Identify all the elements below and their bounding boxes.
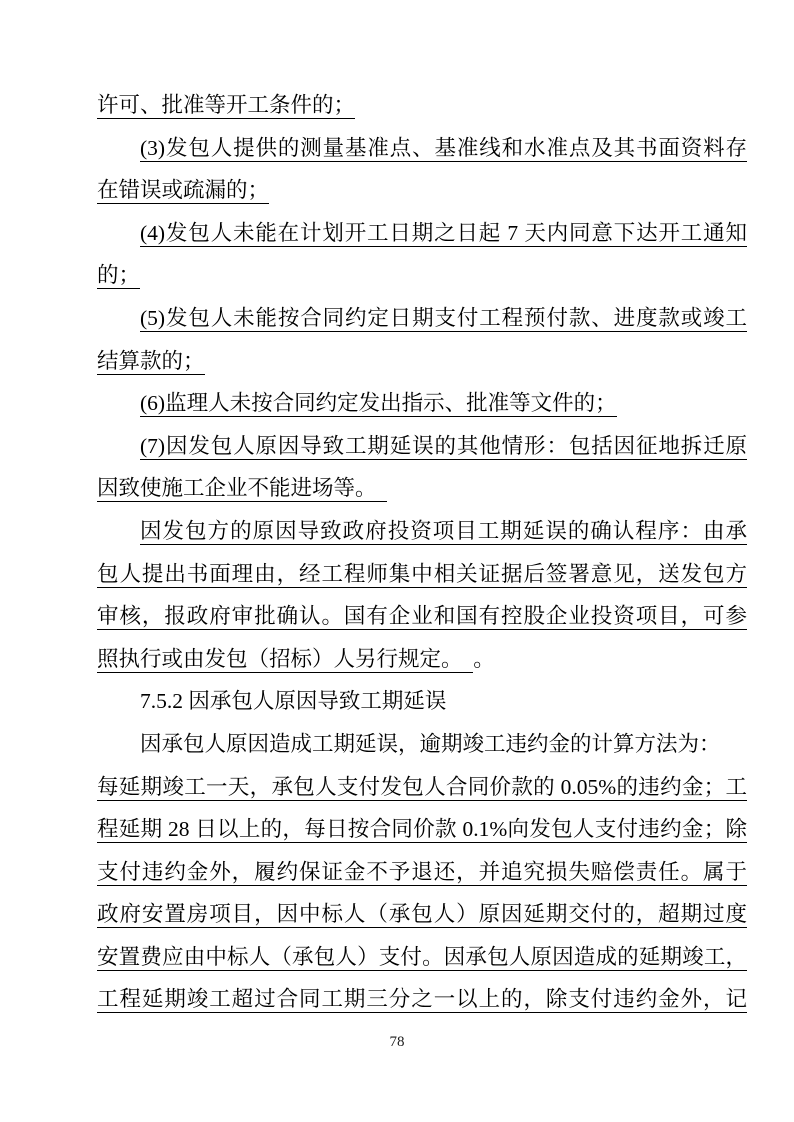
text-segment: 因致使施工企业不能进场等。	[97, 476, 387, 502]
text-line: (4)发包人未能在计划开工日期之日起 7 天内同意下达开工通知	[97, 212, 747, 255]
text-segment: (5)发包人未能按合同约定日期支付工程预付款、进度款或竣工	[140, 306, 747, 332]
text-line: 结算款的；	[97, 340, 747, 383]
text-segment: (4)发包人未能在计划开工日期之日起 7 天内同意下达开工通知	[140, 221, 747, 247]
text-segment: 安置费应由中标人（承包人）支付。因承包人原因造成的延期竣工，	[97, 945, 747, 971]
section-heading: 7.5.2 因承包人原因导致工期延误	[97, 680, 747, 723]
text-segment: 在错误或疏漏的；	[97, 178, 269, 204]
text-segment: 7.5.2 因承包人原因导致工期延误	[140, 689, 446, 713]
text-segment: 结算款的；	[97, 349, 205, 375]
text-segment: (3)发包人提供的测量基准点、基准线和水准点及其书面资料存	[140, 136, 747, 162]
text-segment: 因发包方的原因导致政府投资项目工期延误的确认程序：由承	[140, 519, 747, 545]
text-segment: 的；	[97, 263, 140, 289]
text-line: 支付违约金外，履约保证金不予退还，并追究损失赔偿责任。属于	[97, 851, 747, 894]
text-line: 因承包人原因造成工期延误，逾期竣工违约金的计算方法为：	[97, 723, 747, 766]
text-line: 工程延期竣工超过合同工期三分之一以上的，除支付违约金外，记	[97, 978, 747, 1021]
text-line: 审核，报政府审批确认。国有企业和国有控股企业投资项目，可参	[97, 595, 747, 638]
text-segment: 。	[473, 647, 495, 671]
text-line: 许可、批准等开工条件的；	[97, 84, 747, 127]
text-segment: 许可、批准等开工条件的；	[97, 93, 355, 119]
text-line: (3)发包人提供的测量基准点、基准线和水准点及其书面资料存	[97, 127, 747, 170]
document-page: 许可、批准等开工条件的；(3)发包人提供的测量基准点、基准线和水准点及其书面资料…	[0, 0, 794, 1122]
text-segment: 工程延期竣工超过合同工期三分之一以上的，除支付违约金外，记	[97, 987, 747, 1013]
text-line: 程延期 28 日以上的，每日按合同价款 0.1%向发包人支付违约金；除	[97, 808, 747, 851]
text-segment: (7)因发包人原因导致工期延误的其他情形：包括因征地拆迁原	[140, 434, 747, 460]
text-segment: 包人提出书面理由，经工程师集中相关证据后签署意见，送发包方	[97, 562, 747, 588]
text-segment: (6)监理人未按合同约定发出指示、批准等文件的；	[140, 391, 617, 417]
text-line: 每延期竣工一天，承包人支付发包人合同价款的 0.05%的违约金；工	[97, 766, 747, 809]
text-segment: 政府安置房项目，因中标人（承包人）原因延期交付的，超期过度	[97, 902, 747, 928]
text-line: 的；	[97, 254, 747, 297]
text-line: (7)因发包人原因导致工期延误的其他情形：包括因征地拆迁原	[97, 425, 747, 468]
text-line: 政府安置房项目，因中标人（承包人）原因延期交付的，超期过度	[97, 893, 747, 936]
text-segment: 每延期竣工一天，承包人支付发包人合同价款的 0.05%的违约金；工	[97, 775, 747, 801]
text-line: 包人提出书面理由，经工程师集中相关证据后签署意见，送发包方	[97, 553, 747, 596]
page-number: 78	[0, 1031, 794, 1053]
text-segment: 因承包人原因造成工期延误，逾期竣工违约金的计算方法为：	[140, 732, 721, 756]
text-line: 在错误或疏漏的；	[97, 169, 747, 212]
text-segment: 支付违约金外，履约保证金不予退还，并追究损失赔偿责任。属于	[97, 860, 747, 886]
text-line: (5)发包人未能按合同约定日期支付工程预付款、进度款或竣工	[97, 297, 747, 340]
text-line: 因发包方的原因导致政府投资项目工期延误的确认程序：由承	[97, 510, 747, 553]
document-body: 许可、批准等开工条件的；(3)发包人提供的测量基准点、基准线和水准点及其书面资料…	[97, 84, 747, 1021]
text-line: 安置费应由中标人（承包人）支付。因承包人原因造成的延期竣工，	[97, 936, 747, 979]
text-line: (6)监理人未按合同约定发出指示、批准等文件的；	[97, 382, 747, 425]
text-line: 因致使施工企业不能进场等。	[97, 467, 747, 510]
text-segment: 照执行或由发包（招标）人另行规定。	[97, 647, 473, 673]
text-segment: 审核，报政府审批确认。国有企业和国有控股企业投资项目，可参	[97, 604, 747, 630]
text-segment: 程延期 28 日以上的，每日按合同价款 0.1%向发包人支付违约金；除	[97, 817, 747, 843]
text-line: 照执行或由发包（招标）人另行规定。 。	[97, 638, 747, 681]
